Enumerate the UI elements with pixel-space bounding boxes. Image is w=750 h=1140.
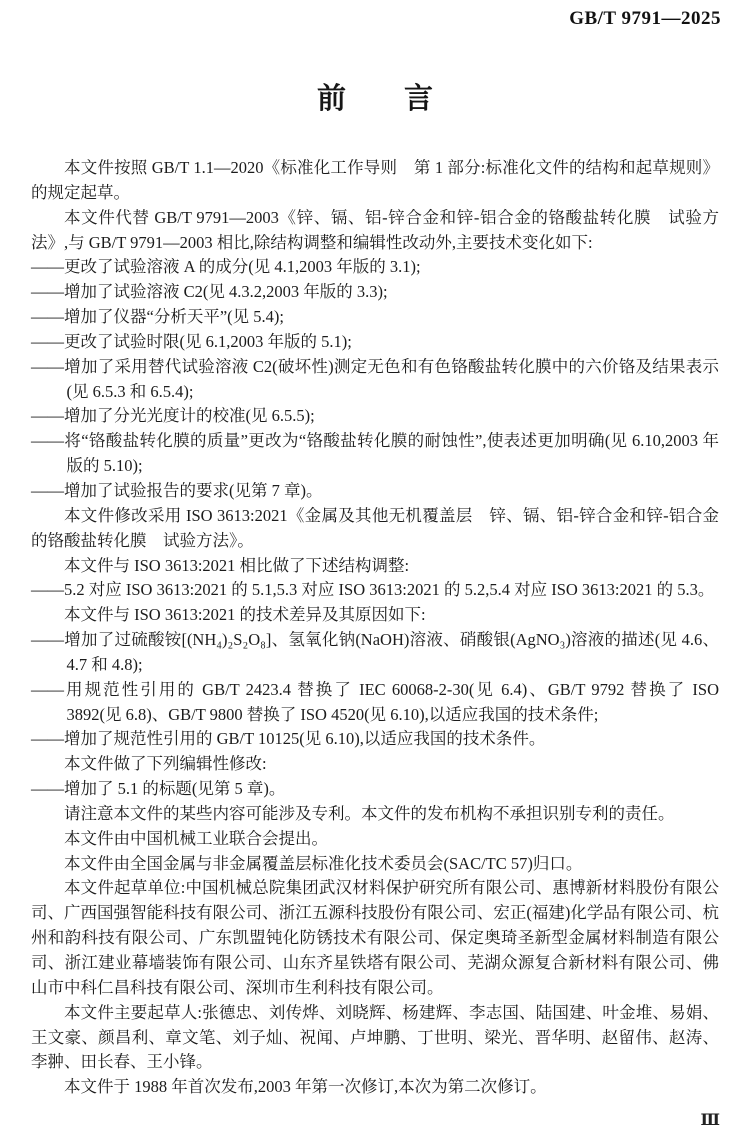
change-list-item: ——用规范性引用的 GB/T 2423.4 替换了 IEC 60068-2-30… — [31, 678, 719, 728]
foreword-body: 本文件按照 GB/T 1.1—2020《标准化工作导则 第 1 部分:标准化文件… — [31, 156, 719, 1100]
change-list-item: ——增加了试验溶液 C2(见 4.3.2,2003 年版的 3.3); — [31, 280, 719, 305]
paragraph: 本文件由全国金属与非金属覆盖层标准化技术委员会(SAC/TC 57)归口。 — [31, 852, 719, 877]
change-list-item: ——增加了 5.1 的标题(见第 5 章)。 — [31, 777, 719, 802]
change-list-item: ——5.2 对应 ISO 3613:2021 的 5.1,5.3 对应 ISO … — [31, 578, 719, 603]
change-list-item: ——增加了采用替代试验溶液 C2(破坏性)测定无色和有色铬酸盐转化膜中的六价铬及… — [31, 355, 719, 405]
change-list-item: ——增加了规范性引用的 GB/T 10125(见 6.10),以适应我国的技术条… — [31, 727, 719, 752]
change-list-item: ——增加了过硫酸铵[(NH₄)₂S₂O₈]、氢氧化钠(NaOH)溶液、硝酸银(A… — [31, 628, 719, 678]
change-list-item: ——增加了分光光度计的校准(见 6.5.5); — [31, 404, 719, 429]
change-list-item: ——将“铬酸盐转化膜的质量”更改为“铬酸盐转化膜的耐蚀性”,使表述更加明确(见 … — [31, 429, 719, 479]
foreword-title: 前 言 — [0, 76, 750, 117]
paragraph: 本文件修改采用 ISO 3613:2021《金属及其他无机覆盖层 锌、镉、铝-锌… — [31, 504, 719, 554]
paragraph: 请注意本文件的某些内容可能涉及专利。本文件的发布机构不承担识别专利的责任。 — [31, 802, 719, 827]
paragraph: 本文件代替 GB/T 9791—2003《锌、镉、铝-锌合金和锌-铝合金的铬酸盐… — [31, 206, 719, 256]
change-list-item: ——更改了试验时限(见 6.1,2003 年版的 5.1); — [31, 330, 719, 355]
page-number: Ⅲ — [701, 1110, 720, 1130]
change-list-item: ——增加了仪器“分析天平”(见 5.4); — [31, 305, 719, 330]
paragraph: 本文件与 ISO 3613:2021 相比做了下述结构调整: — [31, 554, 719, 579]
paragraph: 本文件由中国机械工业联合会提出。 — [31, 827, 719, 852]
change-list-item: ——更改了试验溶液 A 的成分(见 4.1,2003 年版的 3.1); — [31, 255, 719, 280]
paragraph: 本文件做了下列编辑性修改: — [31, 752, 719, 777]
paragraph: 本文件按照 GB/T 1.1—2020《标准化工作导则 第 1 部分:标准化文件… — [31, 156, 719, 206]
paragraph: 本文件起草单位:中国机械总院集团武汉材料保护研究所有限公司、惠博新材料股份有限公… — [31, 876, 719, 1000]
paragraph: 本文件主要起草人:张德忠、刘传烨、刘晓辉、杨建辉、李志国、陆国建、叶金堆、易娟、… — [31, 1001, 719, 1076]
document-page: GB/T 9791—2025 前 言 本文件按照 GB/T 1.1—2020《标… — [0, 0, 750, 1140]
change-list-item: ——增加了试验报告的要求(见第 7 章)。 — [31, 479, 719, 504]
standard-code: GB/T 9791—2025 — [569, 8, 721, 30]
paragraph: 本文件于 1988 年首次发布,2003 年第一次修订,本次为第二次修订。 — [31, 1075, 719, 1100]
paragraph: 本文件与 ISO 3613:2021 的技术差异及其原因如下: — [31, 603, 719, 628]
